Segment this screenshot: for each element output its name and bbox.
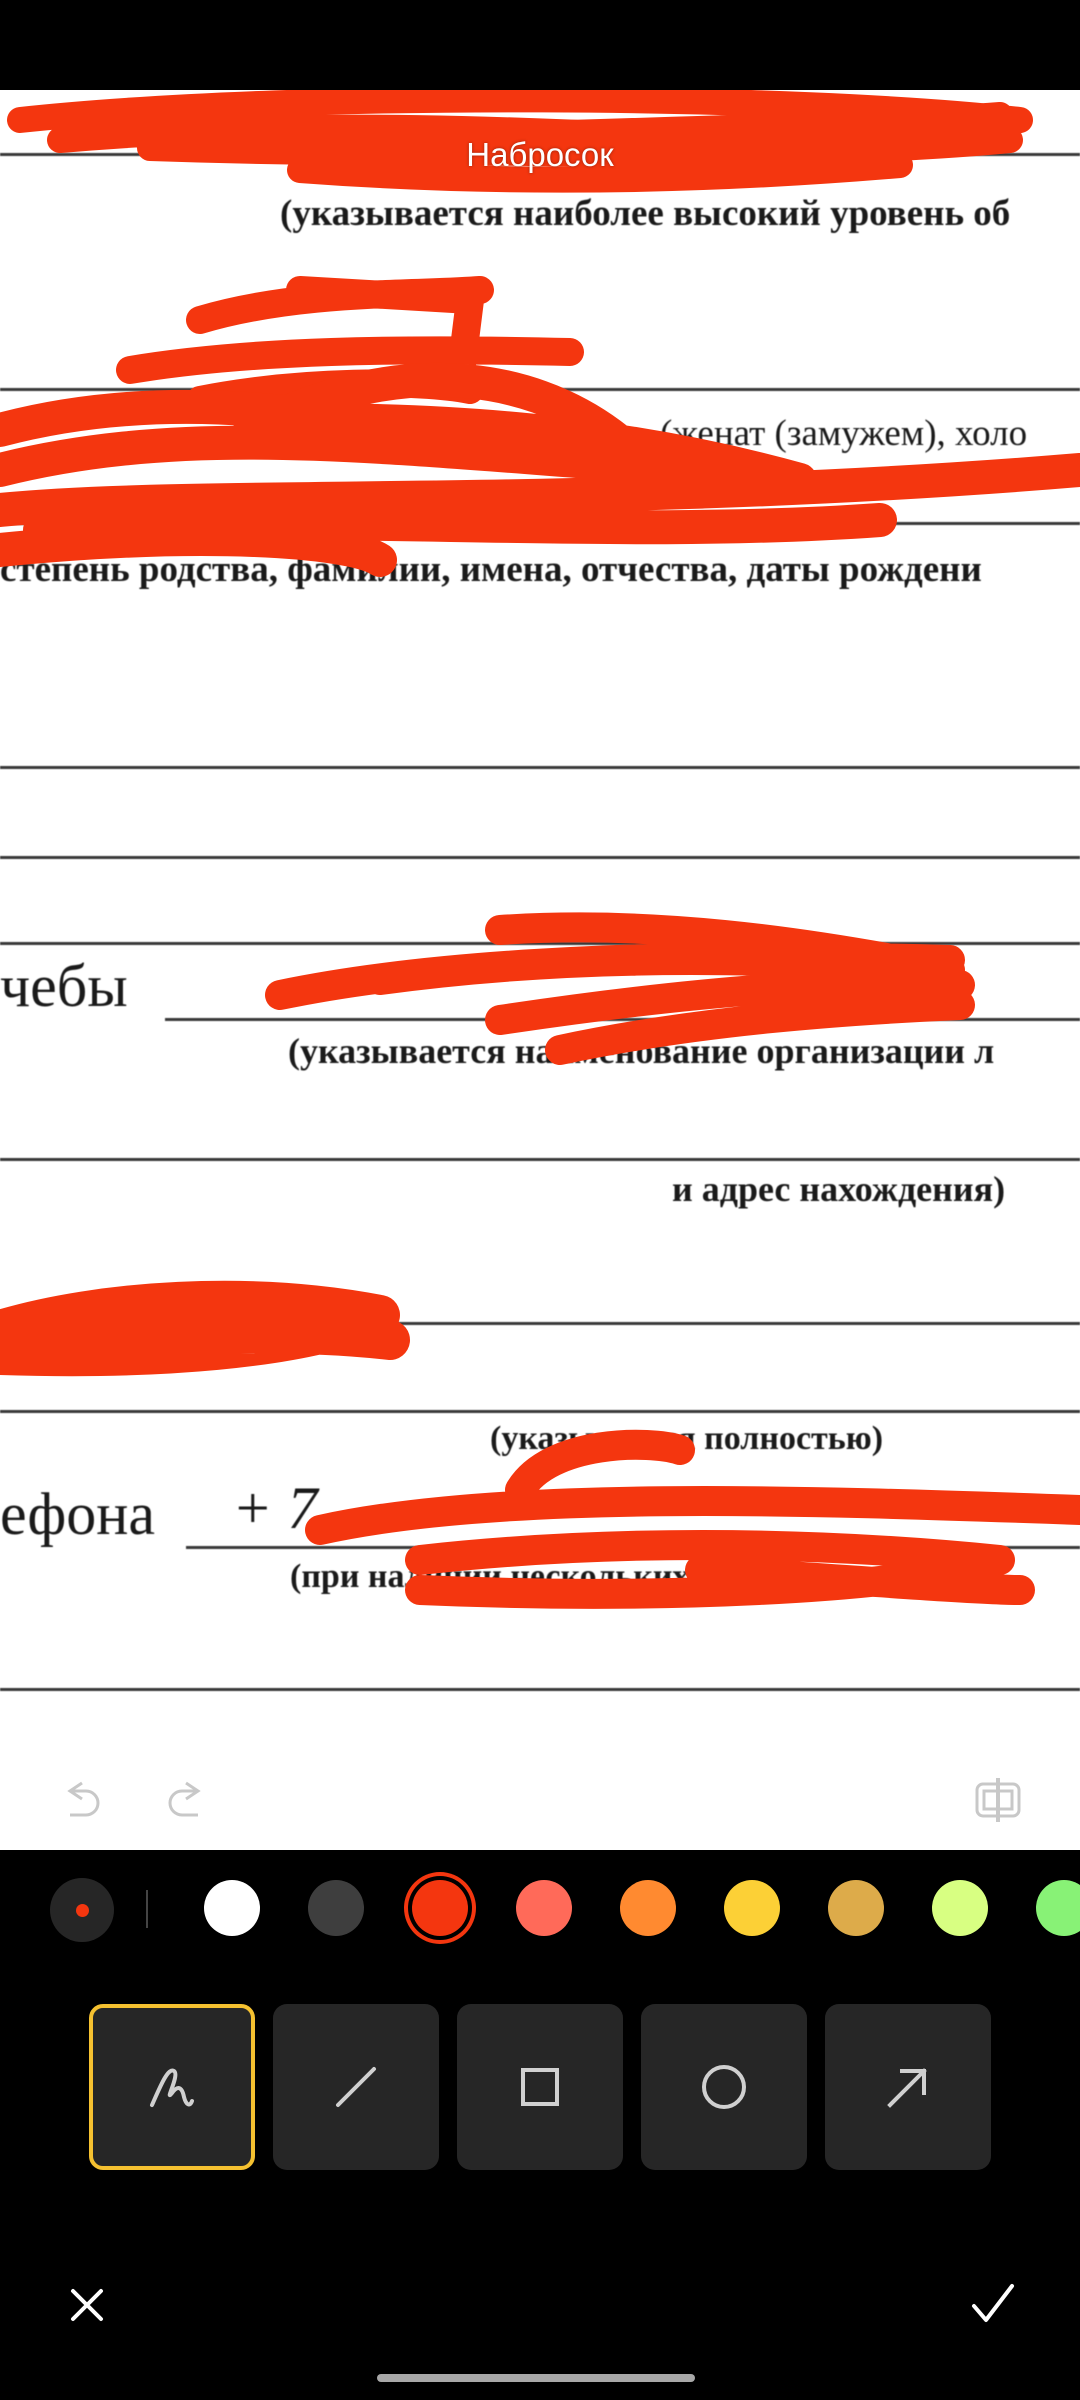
- color-swatch-lime[interactable]: [932, 1880, 988, 1936]
- color-swatch-gold[interactable]: [828, 1880, 884, 1936]
- color-swatch-red-selected[interactable]: [412, 1880, 468, 1936]
- freehand-icon: [142, 2057, 202, 2117]
- drawing-canvas[interactable]: (указывается наиболее высокий уровень об…: [0, 90, 1080, 1850]
- status-bar: [0, 0, 1080, 90]
- ellipse-icon: [694, 2057, 754, 2117]
- doc-caption-fully: (указывается полностью): [490, 1420, 883, 1458]
- cancel-button[interactable]: [52, 2270, 122, 2340]
- line-icon: [326, 2057, 386, 2117]
- color-swatch-orange[interactable]: [620, 1880, 676, 1936]
- tool-freehand[interactable]: [89, 2004, 255, 2170]
- doc-label-phone: ефона: [0, 1480, 155, 1549]
- tool-line[interactable]: [273, 2004, 439, 2170]
- shape-tools: [0, 1990, 1080, 2190]
- brush-size-dot: [76, 1904, 89, 1917]
- doc-label-study: чебы: [0, 952, 128, 1021]
- doc-caption-phones: (при наличии нескольких действующих те: [290, 1558, 947, 1596]
- compare-button[interactable]: [968, 1770, 1028, 1830]
- redo-button[interactable]: [156, 1770, 216, 1830]
- close-icon: [65, 2283, 109, 2327]
- tool-rectangle[interactable]: [457, 2004, 623, 2170]
- confirm-button[interactable]: [958, 2270, 1028, 2340]
- brush-size-button[interactable]: [50, 1878, 114, 1942]
- color-swatch-dark-gray[interactable]: [308, 1880, 364, 1936]
- color-swatch-green[interactable]: [1036, 1880, 1080, 1936]
- tool-arrow[interactable]: [825, 2004, 991, 2170]
- check-icon: [968, 2280, 1018, 2330]
- color-swatch-white[interactable]: [204, 1880, 260, 1936]
- arrow-icon: [878, 2057, 938, 2117]
- rectangle-icon: [510, 2057, 570, 2117]
- editor-title: Набросок: [0, 136, 1080, 174]
- bottom-action-bar: [0, 2190, 1080, 2400]
- tool-ellipse[interactable]: [641, 2004, 807, 2170]
- color-swatch-yellow[interactable]: [724, 1880, 780, 1936]
- doc-phone-prefix: + 7: [232, 1474, 318, 1543]
- undo-icon: [60, 1777, 104, 1823]
- undo-button[interactable]: [52, 1770, 112, 1830]
- doc-caption-marital: (женат (замужем), холо: [660, 412, 1027, 455]
- redo-icon: [164, 1777, 208, 1823]
- doc-caption-education: (указывается наиболее высокий уровень об: [280, 192, 1010, 235]
- document-image: (указывается наиболее высокий уровень об…: [0, 90, 1080, 1850]
- doc-caption-organization: (указывается наименование организации л: [288, 1030, 994, 1072]
- palette-divider: [146, 1890, 148, 1928]
- compare-icon: [974, 1776, 1022, 1824]
- doc-caption-address: и адрес нахождения): [672, 1168, 1005, 1210]
- color-palette: [0, 1850, 1080, 1970]
- home-indicator[interactable]: [377, 2374, 695, 2382]
- color-swatch-coral[interactable]: [516, 1880, 572, 1936]
- doc-caption-relatives: степень родства, фамилии, имена, отчеств…: [0, 548, 982, 591]
